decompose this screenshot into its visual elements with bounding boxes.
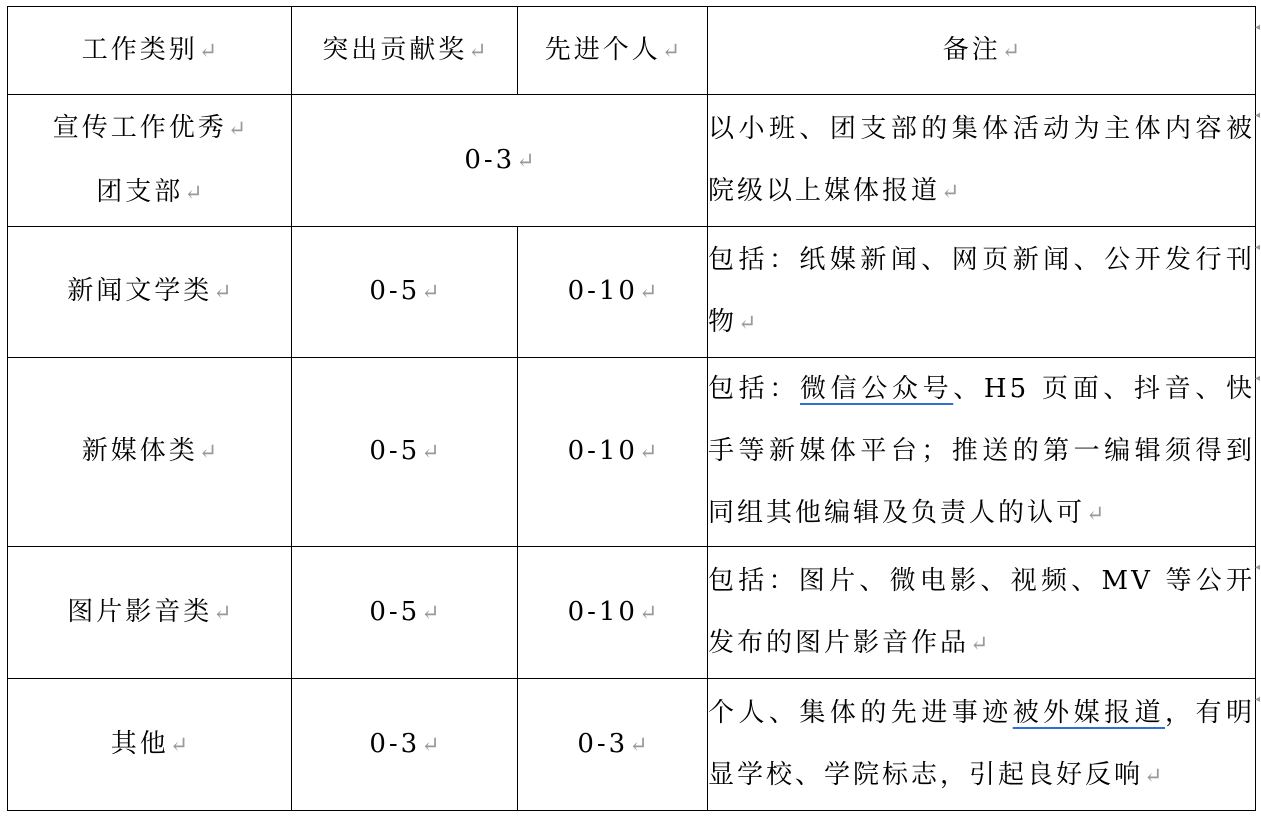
category-cell[interactable]: 新闻文学类↵ <box>8 227 292 358</box>
table-row: 其他↵ 0-3↵ 0-3↵ 个人、集体的先进事迹被外媒报道，有明显学校、学院标志… <box>8 679 1256 811</box>
table-row: 宣传工作优秀↵ 团支部↵ 0-3↵ 以小班、团支部的集体活动为主体内容被院级以上… <box>8 95 1256 227</box>
note-cell[interactable]: 以小班、团支部的集体活动为主体内容被院级以上媒体报道↵ <box>708 95 1256 227</box>
individual-cell[interactable]: 0-10↵ <box>518 547 708 679</box>
individual-cell[interactable]: 0-10↵ <box>518 358 708 547</box>
paragraph-mark-icon: ↵ <box>1144 764 1162 789</box>
table-row: 图片影音类↵ 0-5↵ 0-10↵ 包括：图片、微电影、视频、MV 等公开发布的… <box>8 547 1256 679</box>
paragraph-mark-icon: ↵ <box>421 280 439 305</box>
paragraph-mark-icon: ↵ <box>199 440 217 465</box>
note-cell[interactable]: 包括：图片、微电影、视频、MV 等公开发布的图片影音作品↵ <box>708 547 1256 679</box>
paragraph-mark-icon: ↵ <box>468 39 486 64</box>
note-cell[interactable]: 包括：纸媒新闻、网页新闻、公开发行刊物↵ <box>708 227 1256 358</box>
paragraph-mark-icon: ↵ <box>639 280 657 305</box>
paragraph-mark-icon: ↵ <box>170 733 188 758</box>
paragraph-mark-icon: ↵ <box>213 601 231 626</box>
category-cell[interactable]: 图片影音类↵ <box>8 547 292 679</box>
row-end-marker-icon: ◂ <box>1255 24 1261 32</box>
paragraph-mark-icon: ↵ <box>1002 39 1020 64</box>
individual-cell[interactable]: 0-10↵ <box>518 227 708 358</box>
spellcheck-underlined-text[interactable]: 微信公众号 <box>800 374 953 404</box>
header-cell-contribution[interactable]: 突出贡献奖↵ <box>292 7 518 95</box>
table-row: 新媒体类↵ 0-5↵ 0-10↵ 包括：微信公众号、H5 页面、抖音、快手等新媒… <box>8 358 1256 547</box>
row-end-marker-icon: ◂ <box>1255 112 1261 120</box>
paragraph-mark-icon: ↵ <box>738 311 756 336</box>
paragraph-mark-icon: ↵ <box>213 280 231 305</box>
paragraph-mark-icon: ↵ <box>228 117 246 142</box>
paragraph-mark-icon: ↵ <box>639 601 657 626</box>
contribution-cell[interactable]: 0-5↵ <box>292 547 518 679</box>
category-cell[interactable]: 其他↵ <box>8 679 292 811</box>
row-end-marker-icon: ◂ <box>1255 244 1261 252</box>
header-cell-individual[interactable]: 先进个人↵ <box>518 7 708 95</box>
row-end-marker-icon: ◂ <box>1255 696 1261 704</box>
note-cell[interactable]: 包括：微信公众号、H5 页面、抖音、快手等新媒体平台；推送的第一编辑须得到同组其… <box>708 358 1256 547</box>
row-end-marker-icon: ◂ <box>1255 375 1261 383</box>
contribution-cell[interactable]: 0-3↵ <box>292 679 518 811</box>
contribution-cell[interactable]: 0-5↵ <box>292 358 518 547</box>
paragraph-mark-icon: ↵ <box>970 632 988 657</box>
merged-score-cell[interactable]: 0-3↵ <box>292 95 708 227</box>
document-table: 工作类别↵ 突出贡献奖↵ 先进个人↵ 备注↵ 宣传工作优秀↵ 团支部↵ 0-3↵… <box>7 6 1256 811</box>
header-row: 工作类别↵ 突出贡献奖↵ 先进个人↵ 备注↵ <box>8 7 1256 95</box>
paragraph-mark-icon: ↵ <box>639 440 657 465</box>
paragraph-mark-icon: ↵ <box>941 180 959 205</box>
note-cell[interactable]: 个人、集体的先进事迹被外媒报道，有明显学校、学院标志，引起良好反响↵ <box>708 679 1256 811</box>
paragraph-mark-icon: ↵ <box>199 39 217 64</box>
paragraph-mark-icon: ↵ <box>421 733 439 758</box>
contribution-cell[interactable]: 0-5↵ <box>292 227 518 358</box>
individual-cell[interactable]: 0-3↵ <box>518 679 708 811</box>
paragraph-mark-icon: ↵ <box>421 440 439 465</box>
row-end-marker-icon: ◂ <box>1255 564 1261 572</box>
paragraph-mark-icon: ↵ <box>184 181 202 206</box>
header-cell-note[interactable]: 备注↵ <box>708 7 1256 95</box>
paragraph-mark-icon: ↵ <box>421 601 439 626</box>
table-row: 新闻文学类↵ 0-5↵ 0-10↵ 包括：纸媒新闻、网页新闻、公开发行刊物↵ <box>8 227 1256 358</box>
header-cell-category[interactable]: 工作类别↵ <box>8 7 292 95</box>
category-cell[interactable]: 宣传工作优秀↵ 团支部↵ <box>8 95 292 227</box>
spellcheck-underlined-text[interactable]: 被外媒报道 <box>1013 698 1165 728</box>
paragraph-mark-icon: ↵ <box>516 149 534 174</box>
paragraph-mark-icon: ↵ <box>629 733 647 758</box>
paragraph-mark-icon: ↵ <box>662 39 680 64</box>
paragraph-mark-icon: ↵ <box>1086 502 1104 527</box>
category-cell[interactable]: 新媒体类↵ <box>8 358 292 547</box>
